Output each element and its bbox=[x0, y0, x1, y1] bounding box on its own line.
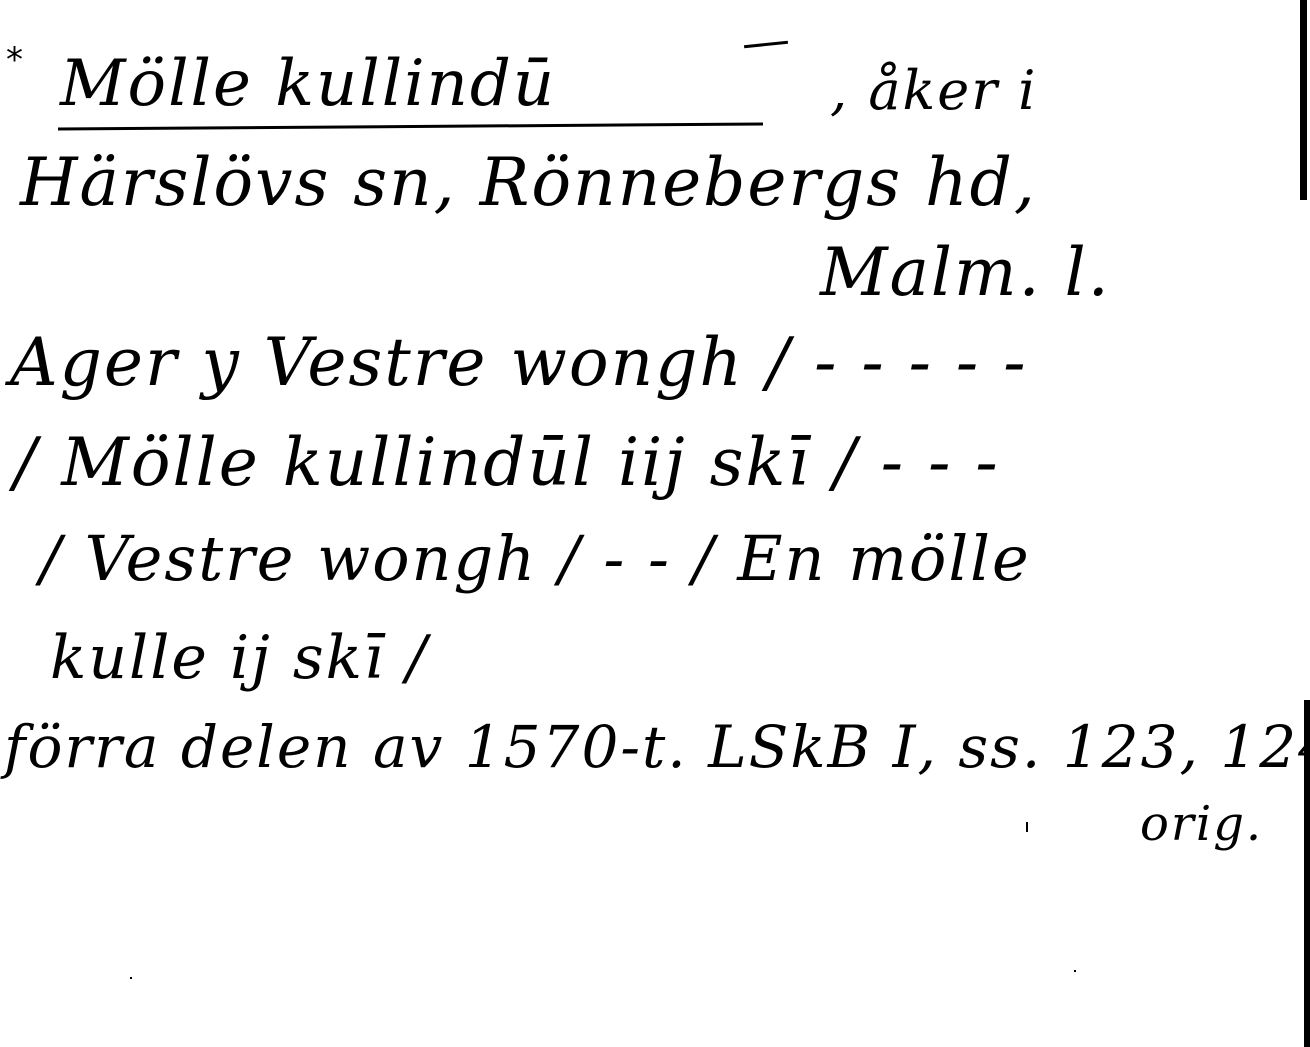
headword-underline bbox=[58, 123, 763, 131]
macron-stroke bbox=[744, 41, 788, 49]
line-orig-note: orig. bbox=[1140, 800, 1263, 848]
asterisk-marker: * bbox=[6, 40, 23, 80]
index-card: * Mölle kullindū , åker i Härslövs sn, R… bbox=[0, 0, 1310, 1047]
line-parish-hundred: Härslövs sn, Rönnebergs hd, bbox=[20, 150, 1037, 216]
line-date-source: förra delen av 1570-t. LSkB I, ss. 123, … bbox=[4, 718, 1310, 776]
line-source-form-2: / Mölle kullindūl iij skī / - - - bbox=[14, 430, 1000, 496]
scan-edge-top bbox=[1300, 0, 1307, 200]
line-county: Malm. l. bbox=[820, 240, 1111, 306]
scan-speck bbox=[1026, 822, 1028, 832]
line-feature-type: , åker i bbox=[830, 64, 1037, 118]
line-source-form-3: / Vestre wongh / - - / En mölle bbox=[40, 528, 1031, 590]
line-source-form-1: Ager y Vestre wongh / - - - - - bbox=[10, 330, 1028, 396]
scan-speck bbox=[130, 977, 132, 979]
scan-edge-bottom bbox=[1304, 700, 1310, 1047]
scan-speck bbox=[1074, 970, 1076, 972]
headword: Mölle kullindū bbox=[60, 52, 556, 116]
line-source-form-4: kulle ij skī / bbox=[50, 628, 428, 688]
